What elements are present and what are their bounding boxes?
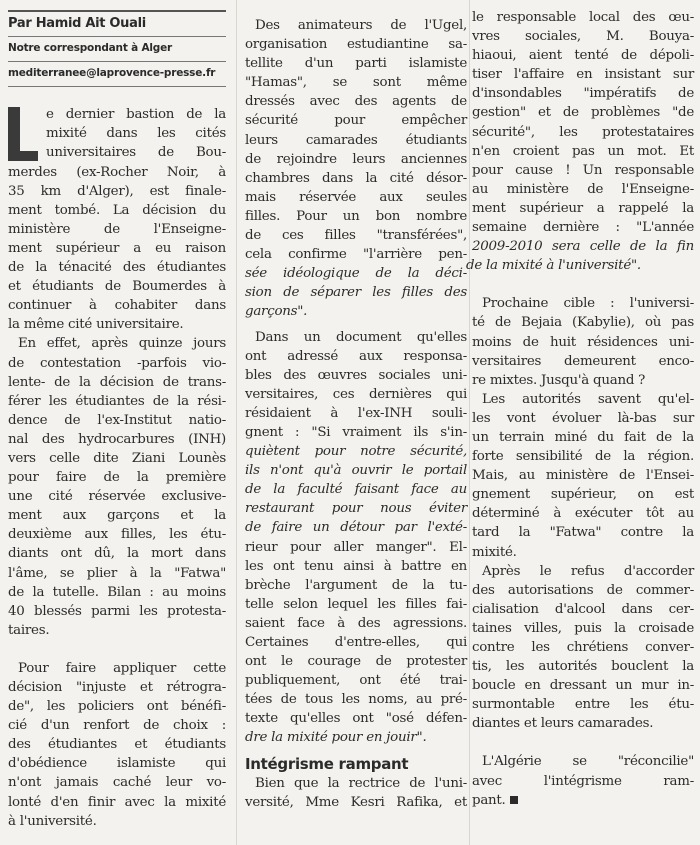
text-line: filles. Pour un bon nombre <box>245 207 467 226</box>
text-line: tellite d'un parti islamiste <box>245 54 467 73</box>
text-line: Dans un document qu'elles <box>245 328 467 347</box>
text-line: de faire un détour par l'exté- <box>245 518 467 537</box>
text-line: tis, les autorités bouclent la <box>472 657 694 676</box>
text-line: tiser l'affaire en insistant sur <box>472 65 694 84</box>
text-line: En effet, après quinze jours <box>8 334 226 353</box>
text-line: vers celle dite Ziani Lounès <box>8 449 226 468</box>
text-line: e dernier bastion de la <box>8 105 226 124</box>
text-line: Mais, au ministère de l'Ensei- <box>472 466 694 485</box>
text-line: deuxième aux filles, les étu- <box>8 525 226 544</box>
section-subheading: Intégrisme rampant <box>245 754 467 774</box>
text-line: 35 km d'Alger), est finale- <box>8 182 226 201</box>
text-line: vres sociales, M. Bouya- <box>472 27 694 46</box>
text-line: Certaines d'entre-elles, qui <box>245 633 467 652</box>
text-line: brèche l'argument de la tu- <box>245 576 467 595</box>
text-line: gestion" et de problèmes "de <box>472 103 694 122</box>
text-line: n'ont jamais caché leur vo- <box>8 773 226 792</box>
text-line: avec l'intégrisme ram- <box>472 772 694 791</box>
text-line: de ces filles "transférées", <box>245 226 467 245</box>
text-line: les vont évoluer là-bas sur <box>472 409 694 428</box>
text-line: sécurité", les protestataires <box>472 123 694 142</box>
paragraph: Bien que la rectrice de l'uni- versité, … <box>245 774 467 812</box>
paragraph: Des animateurs de l'Ugel, organisation e… <box>245 16 467 322</box>
text-line: l'âme, se plier à la "Fatwa" <box>8 564 226 583</box>
text-line: Des animateurs de l'Ugel, <box>245 16 467 35</box>
text-line: Les autorités savent qu'el- <box>472 390 694 409</box>
text-line: surmontable entre les étu- <box>472 695 694 714</box>
text-line: telle selon lequel les filles fai- <box>245 595 467 614</box>
text-line: continuer à cohabiter dans <box>8 296 226 315</box>
text-line: la même cité universitaire. <box>8 315 226 334</box>
text-line: sée idéologique de la déci- <box>245 264 467 283</box>
text-line: versitaires demeurent enco- <box>472 352 694 371</box>
paragraph: Prochaine cible : l'universi- té de Beja… <box>472 294 694 389</box>
text-line: ministère de l'Enseigne- <box>8 220 226 239</box>
text-line: hiaoui, aient tenté de dépoli- <box>472 46 694 65</box>
text-line: 40 blessés parmi les protesta- <box>8 602 226 621</box>
text-line: moins de huit résidences uni- <box>472 333 694 352</box>
text-line: forte sensibilité de la région. <box>472 447 694 466</box>
text-line: diantes et leurs camarades. <box>472 714 694 733</box>
text-line: un terrain miné du fait de la <box>472 428 694 447</box>
text-line: ils n'ont qu'à ouvrir le portail <box>245 461 467 480</box>
text-line: lonté d'en finir avec la mixité <box>8 793 226 812</box>
text-line: boucle en dressant un mur in- <box>472 676 694 695</box>
text-line: de la tutelle. Bilan : au moins <box>8 583 226 602</box>
text-line: contre les chrétiens conver- <box>472 638 694 657</box>
text-line: texte qu'elles ont "osé défen- <box>245 709 467 728</box>
text-line: le responsable local des œu- <box>472 8 694 27</box>
text-line: déterminé à exécuter tôt au <box>472 504 694 523</box>
text-line: Bien que la rectrice de l'uni- <box>245 774 467 793</box>
text-line: leurs camarades étudiants <box>245 131 467 150</box>
text-line: pour faire de la première <box>8 468 226 487</box>
column-divider <box>236 0 237 845</box>
text-line: versité, Mme Kesri Rafika, et <box>245 793 467 812</box>
text-line: rieur pour aller manger". El- <box>245 538 467 557</box>
paragraph: Dans un document qu'elles ont adressé au… <box>245 328 467 748</box>
text-line: des autorisations de commer- <box>472 581 694 600</box>
text-line: les ont tenu ainsi à battre en <box>245 557 467 576</box>
text-line: lente- de la décision de trans- <box>8 373 226 392</box>
text-line: garçons". <box>245 302 467 321</box>
article-column-3: le responsable local des œu- vres social… <box>472 8 694 810</box>
text-line: d'obédience islamiste qui <box>8 754 226 773</box>
text-line: taires. <box>8 621 226 640</box>
paragraph-continued: le responsable local des œu- vres social… <box>472 8 694 275</box>
text-line: pant. <box>472 793 506 808</box>
text-line: diants ont dû, la mort dans <box>8 544 226 563</box>
text-line: merdes (ex-Rocher Noir, à <box>8 163 226 182</box>
byline-box: Par Hamid Ait Ouali Notre correspondant … <box>8 10 226 87</box>
text-line: Pour faire appliquer cette <box>8 659 226 678</box>
text-line: re mixtes. Jusqu'à quand ? <box>472 371 694 390</box>
text-line: férer les étudiantes de la rési- <box>8 392 226 411</box>
text-line: de la ténacité des étudiantes <box>8 258 226 277</box>
text-line: sécurité pour empêcher <box>245 111 467 130</box>
text-line: dre la mixité pour en jouir". <box>245 728 467 747</box>
text-line: universitaires de Bou- <box>8 143 226 162</box>
text-line: ont le courage de protester <box>245 652 467 671</box>
closing-paragraph: L'Algérie se "réconcilie" avec l'intégri… <box>472 752 694 809</box>
text-line: de contestation -parfois vio- <box>8 354 226 373</box>
text-line: dressés avec des agents de <box>245 92 467 111</box>
text-line: cela confirme "l'arrière pen- <box>245 245 467 264</box>
paragraph: Les autorités savent qu'el- les vont évo… <box>472 390 694 562</box>
text-line: nal des hydrocarbures (INH) <box>8 430 226 449</box>
text-line: restaurant pour nous éviter <box>245 499 467 518</box>
text-line: dence de l'ex-Institut natio- <box>8 411 226 430</box>
text-line: pour cause ! Un responsable <box>472 161 694 180</box>
text-line: tées de tous les noms, au pré- <box>245 690 467 709</box>
text-line: cié d'un renfort de choix : <box>8 716 226 735</box>
text-line: ont adressé aux responsa- <box>245 347 467 366</box>
article-column-1: Par Hamid Ait Ouali Notre correspondant … <box>8 0 226 831</box>
text-line: gnement supérieur, on est <box>472 485 694 504</box>
column-divider <box>469 0 470 845</box>
text-line: une cité réservée exclusive- <box>8 487 226 506</box>
text-line: tard la "Fatwa" contre la <box>472 523 694 542</box>
text-line: résidaient à l'ex-INH souli- <box>245 404 467 423</box>
author-role: Notre correspondant à Alger <box>8 37 226 62</box>
text-line: saient face à des agressions. <box>245 614 467 633</box>
text-line: quiètent pour notre sécurité, <box>245 442 467 461</box>
text-line: de la faculté faisant face au <box>245 480 467 499</box>
text-line: organisation estudiantine sa- <box>245 35 467 54</box>
author-email-link[interactable]: mediterranee@laprovence-presse.fr <box>8 62 226 86</box>
paragraph: Après le refus d'accorder des autorisati… <box>472 562 694 734</box>
text-line: publiquement, ont été trai- <box>245 671 467 690</box>
text-line: versitaires, ces dernières qui <box>245 385 467 404</box>
text-line: mixité dans les cités <box>8 124 226 143</box>
text-line: d'insondables "impératifs de <box>472 84 694 103</box>
text-line: ment tombé. La décision du <box>8 201 226 220</box>
text-line: décision "injuste et rétrogra- <box>8 678 226 697</box>
text-line: té de Bejaia (Kabylie), où pas <box>472 313 694 332</box>
paragraph: Pour faire appliquer cette décision "inj… <box>8 659 226 831</box>
text-line: 2009-2010 sera celle de la fin <box>472 237 694 256</box>
dropcap-letter-l <box>8 107 38 161</box>
text-line: mais réservée aux seules <box>245 188 467 207</box>
text-line: sion de séparer les filles des <box>245 283 467 302</box>
text-line: à l'université. <box>8 812 226 831</box>
text-line: des étudiantes et étudiants <box>8 735 226 754</box>
text-line: cialisation d'alcool dans cer- <box>472 600 694 619</box>
text-line: de rejoindre leurs anciennes <box>245 150 467 169</box>
text-line: ment aux garçons et la <box>8 506 226 525</box>
author-name: Par Hamid Ait Ouali <box>8 12 226 37</box>
text-line: chambres dans la cité désor- <box>245 169 467 188</box>
text-line: n'en croient pas un mot. Et <box>472 142 694 161</box>
end-of-article-square-icon <box>510 796 518 804</box>
text-line: ment supérieur a rappelé la <box>472 199 694 218</box>
text-line: au ministère de l'Enseigne- <box>472 180 694 199</box>
text-line: bles des œuvres sociales uni- <box>245 366 467 385</box>
final-line: pant. <box>472 791 694 810</box>
text-line: semaine dernière : "L'année <box>472 218 694 237</box>
text-line: et étudiants de Boumerdes à <box>8 277 226 296</box>
article-column-2: Des animateurs de l'Ugel, organisation e… <box>245 16 467 812</box>
text-line: gnent : "Si vraiment ils s'in- <box>245 423 467 442</box>
text-line: ment supérieur a eu raison <box>8 239 226 258</box>
text-line: "Hamas", se sont même <box>245 73 467 92</box>
paragraph: En effet, après quinze jours de contesta… <box>8 334 226 640</box>
text-line: de la mixité à l'université". <box>466 256 694 275</box>
text-line: Prochaine cible : l'universi- <box>472 294 694 313</box>
lead-paragraph: e dernier bastion de la mixité dans les … <box>8 105 226 334</box>
text-line: de", les policiers ont bénéfi- <box>8 697 226 716</box>
text-line: L'Algérie se "réconcilie" <box>472 752 694 771</box>
text-line: taines villes, puis la croisade <box>472 619 694 638</box>
text-line: mixité. <box>472 543 694 562</box>
text-line: Après le refus d'accorder <box>472 562 694 581</box>
